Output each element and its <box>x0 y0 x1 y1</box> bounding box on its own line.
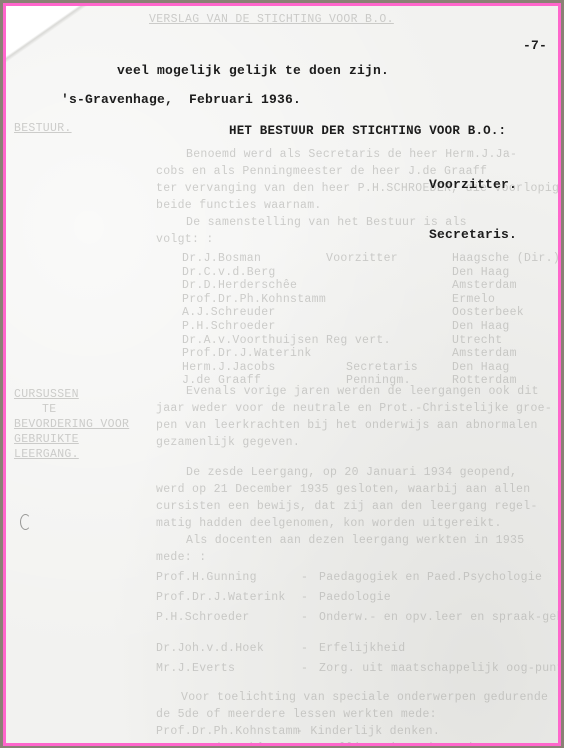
lecturer-subject: Onderw.- en opv.leer en spraak-gebreken. <box>319 611 561 624</box>
bleed-text-line: matig hadden deelgenomen, kon worden uit… <box>156 517 502 530</box>
bleed-text-line: gezamenlijk gegeven. <box>156 436 300 449</box>
lecturer-name: Prof.H.Gunning <box>156 571 257 584</box>
board-member-city: Den Haag <box>452 320 510 333</box>
board-member-name: A.J.Schreuder <box>182 306 276 319</box>
board-member-name: Prof.Dr.J.Waterink <box>182 347 312 360</box>
closing-line: veel mogelijk gelijk te doen zijn. <box>117 63 389 78</box>
special-lecturer-subject: - Intelligentie-onderzoek <box>296 742 476 746</box>
board-member-city: Amsterdam <box>452 347 517 360</box>
lecturer-subject: Paedologie <box>319 591 391 604</box>
lecturer-dash: - <box>301 642 308 655</box>
board-member-name: Herm.J.Jacobs <box>182 361 276 374</box>
board-member-city: Ermelo <box>452 293 495 306</box>
lecturer-dash: - <box>301 611 308 624</box>
bleed-text-line: werd op 21 December 1935 gesloten, waarb… <box>156 483 530 496</box>
board-member-name: Dr.C.v.d.Berg <box>182 266 276 279</box>
role-chair: Voorzitter. <box>429 177 517 192</box>
lecturer-dash: - <box>301 591 308 604</box>
special-lecturer-name: Prof.Dr.Ph.Kohnstamm <box>156 725 300 738</box>
bleed-text-line: pen van leerkrachten bij het onderwijs a… <box>156 419 538 432</box>
bleed-margin-label: LEERGANG. <box>14 448 79 461</box>
board-member-city: Haagsche (Dir.) <box>452 252 560 265</box>
lecturer-name: Prof.Dr.J.Waterink <box>156 591 286 604</box>
lecturer-subject: Paedagogiek en Paed.Psychologie <box>319 571 542 584</box>
lecturer-name: Mr.J.Everts <box>156 662 235 675</box>
bleed-margin-label: BEVORDERING VOOR <box>14 418 129 431</box>
punch-hole <box>20 514 31 530</box>
special-lecturer-name: Dr.D.Herderschêe <box>156 742 271 746</box>
special-lecturer-subject: - Kinderlijk denken. <box>296 725 440 738</box>
bleed-text-line: mede: : <box>156 551 206 564</box>
bleed-heading: VERSLAG VAN DE STICHTING VOOR B.O. <box>149 13 394 26</box>
bleed-text-line: Voor toelichting van speciale onderwerpe… <box>181 691 548 704</box>
board-member-city: Amsterdam <box>452 279 517 292</box>
lecturer-subject: Zorg. uit maatschappelijk oog-punt <box>319 662 561 675</box>
bleed-text-line: beide functies waarnam. <box>156 199 322 212</box>
board-member-role: Secretaris <box>346 361 418 374</box>
board-member-name: Dr.D.Herderschêe <box>182 279 297 292</box>
lecturer-name: Dr.Joh.v.d.Hoek <box>156 642 264 655</box>
board-member-city: Oosterbeek <box>452 306 524 319</box>
board-member-name: Prof.Dr.Ph.Kohnstamm <box>182 293 326 306</box>
lecturer-name: P.H.Schroeder <box>156 611 250 624</box>
bleed-text-line: De samenstelling van het Bestuur is als <box>186 216 467 229</box>
board-member-city: Den Haag <box>452 361 510 374</box>
lecturer-dash: - <box>301 662 308 675</box>
lecturer-subject: Erfelijkheid <box>319 642 405 655</box>
bleed-text-line: Als docenten aan dezen leergang werkten … <box>186 534 524 547</box>
board-member-city: Den Haag <box>452 266 510 279</box>
board-member-name: Dr.J.Bosman <box>182 252 261 265</box>
board-member-city: Utrecht <box>452 334 502 347</box>
bleed-text-line: Evenals vorige jaren werden de leergange… <box>186 385 539 398</box>
folded-corner <box>3 3 88 68</box>
board-member-name: Dr.A.v.Voorthuijsen Reg vert. <box>182 334 391 347</box>
bleed-margin-label: GEBRUIKTE <box>14 433 79 446</box>
date: Februari 1936. <box>189 92 301 107</box>
document-frame: VERSLAG VAN DE STICHTING VOOR B.O. BESTU… <box>3 3 561 746</box>
place-name: 's-Gravenhage, <box>61 92 173 107</box>
bleed-margin-label: BESTUUR. <box>14 122 72 135</box>
bleed-text-line: jaar weder voor de neutrale en Prot.-Chr… <box>156 402 552 415</box>
bleed-text-line: de 5de of meerdere lessen werkten mede: <box>156 708 437 721</box>
bleed-text-line: De zesde Leergang, op 20 Januari 1934 ge… <box>186 466 517 479</box>
bleed-text-line: Benoemd werd als Secretaris de heer Herm… <box>186 148 517 161</box>
bleed-text-line: cursisten een bewijs, dat zij aan den le… <box>156 500 538 513</box>
board-member-name: P.H.Schroeder <box>182 320 276 333</box>
bleed-text-line: volgt: : <box>156 233 214 246</box>
page-number: -7- <box>523 38 547 53</box>
role-secretary: Secretaris. <box>429 227 517 242</box>
lecturer-dash: - <box>301 571 308 584</box>
bleed-margin-label: TE <box>42 403 56 416</box>
board-member-role: Voorzitter <box>326 252 398 265</box>
bleed-margin-label: CURSUSSEN <box>14 388 79 401</box>
signatory: HET BESTUUR DER STICHTING VOOR B.O.: <box>229 124 506 138</box>
